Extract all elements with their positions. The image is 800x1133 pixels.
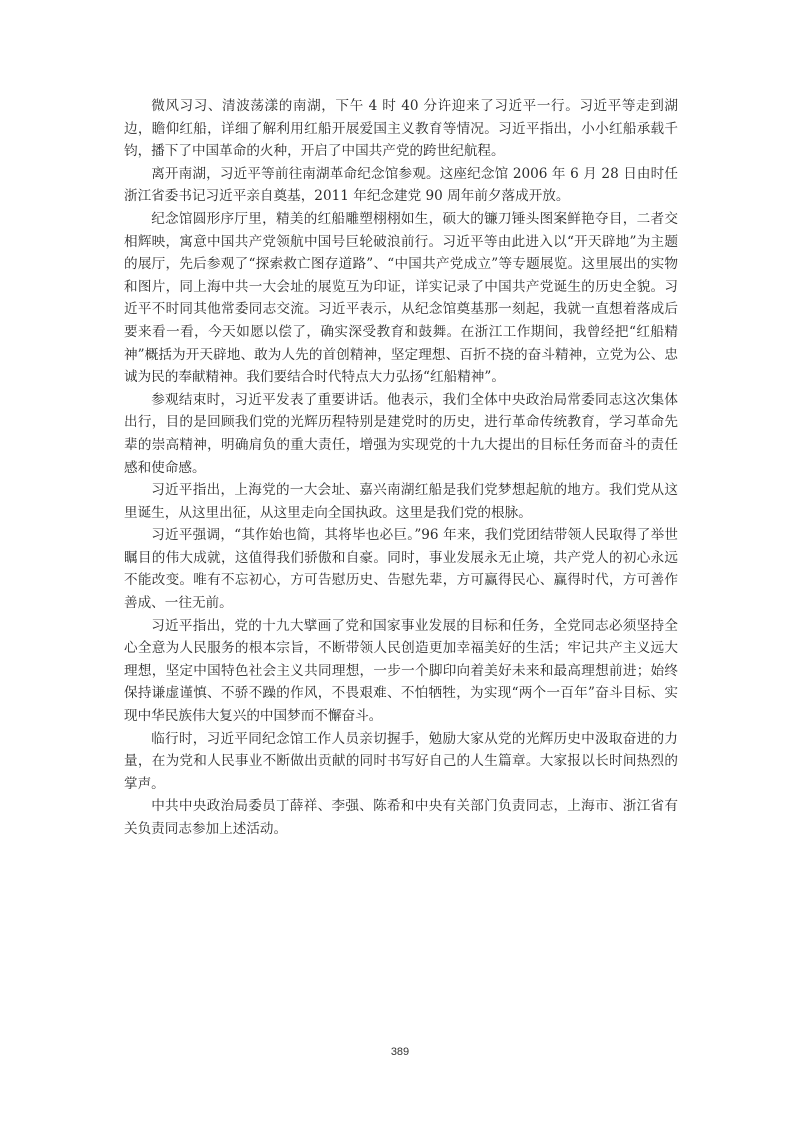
paragraph: 习近平强调，“其作始也简，其将毕也必巨。”96 年来，我们党团结带领人民取得了举… <box>124 524 678 614</box>
paragraph: 参观结束时，习近平发表了重要讲话。他表示，我们全体中央政治局常委同志这次集体出行… <box>124 389 678 479</box>
document-body: 微风习习、清波荡漾的南湖，下午 4 时 40 分许迎来了习近平一行。习近平等走到… <box>124 95 678 841</box>
paragraph: 习近平指出，上海党的一大会址、嘉兴南湖红船是我们党梦想起航的地方。我们党从这里诞… <box>124 479 678 524</box>
paragraph: 临行时，习近平同纪念馆工作人员亲切握手，勉励大家从党的光辉历史中汲取奋进的力量，… <box>124 728 678 796</box>
paragraph: 中共中央政治局委员丁薛祥、李强、陈希和中央有关部门负责同志，上海市、浙江省有关负… <box>124 795 678 840</box>
paragraph: 纪念馆圆形序厅里，精美的红船雕塑栩栩如生，硕大的镰刀锤头图案鲜艳夺目，二者交相辉… <box>124 208 678 389</box>
paragraph: 微风习习、清波荡漾的南湖，下午 4 时 40 分许迎来了习近平一行。习近平等走到… <box>124 95 678 163</box>
paragraph: 离开南湖，习近平等前往南湖革命纪念馆参观。这座纪念馆 2006 年 6 月 28… <box>124 163 678 208</box>
paragraph: 习近平指出，党的十九大擘画了党和国家事业发展的目标和任务，全党同志必须坚持全心全… <box>124 615 678 728</box>
page-number: 389 <box>0 1046 800 1058</box>
